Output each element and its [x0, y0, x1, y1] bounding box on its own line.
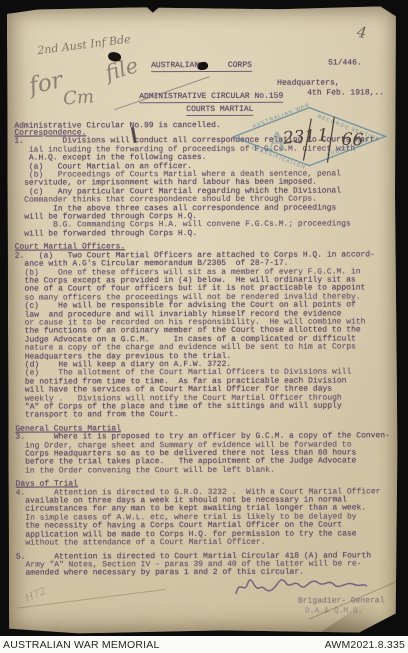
document-line: ing Order, charge sheet and Summary of e… [15, 441, 389, 451]
handwritten-bottom-mark: H72 [24, 586, 48, 604]
document-line: B.G. Commanding Corps H.A. will convene … [15, 221, 389, 231]
scanned-document-page: 2nd Aust Inf Bde for Cm file 4 H72 AUSTR… [7, 6, 398, 633]
document-line: 4. Attention is directed to G.R.O. 3232 … [16, 488, 390, 498]
document-line: nature a copy of the charge and evidence… [15, 344, 389, 354]
screenshot-root: { "header": { "unit_title": "AUSTRALIAN … [0, 0, 408, 653]
stamp-handwritten-number: 1 [317, 126, 328, 146]
signature-stroke [236, 579, 367, 593]
reference-number: 51/446. [328, 58, 362, 67]
handwritten-page-number: 4 [356, 23, 368, 42]
document-line: Army "A" Notes, Section IV - paras 39 an… [16, 560, 390, 570]
document-line: (b) Proceedings of Courts Martial where … [14, 170, 388, 180]
document-line: (e) The allotment of the Court Martial O… [15, 369, 389, 379]
archive-footer-bar: AUSTRALIAN WAR MEMORIAL AWM2021.8.335 [0, 636, 408, 653]
document-line: In simple cases of A.W.L. etc, where tri… [16, 513, 390, 523]
handwritten-for-annotation: for [27, 67, 65, 99]
document-line: or cause it to be recorded on his respon… [15, 318, 389, 328]
signatory-rank: Brigadier- General [298, 596, 384, 605]
document-line: Commander thinks that correspondence sho… [15, 196, 389, 206]
stamp-handwritten-number: 66 [341, 130, 364, 151]
document-title: AUSTRALIAN CORPS [151, 61, 252, 72]
stamp-handwritten-number: 231 [281, 126, 316, 148]
archive-item-id: AWM2021.8.335 [322, 639, 408, 651]
document-line: without the attendance of a Court Martia… [16, 538, 390, 548]
document-body: Correspondence.1. Divisions will conduct… [14, 128, 390, 578]
signature-handwriting [234, 569, 369, 599]
document-line: in the Order convening the Court will be… [16, 466, 390, 476]
document-line: so many officers the proceedings will no… [15, 293, 389, 303]
document-line: weekly . Divisions will notify the Court… [15, 394, 389, 404]
archive-name-label: AUSTRALIAN WAR MEMORIAL [0, 639, 162, 651]
location-line: Headquarters, [277, 79, 339, 88]
signatory-appointment: D.A.& Q.M.G. [305, 606, 363, 615]
war-records-classification-stamp: AUSTRALIAN WAR RECORDS SECTION CLASSIFIC… [231, 104, 387, 169]
handwritten-initials-annotation: Cm [62, 86, 94, 109]
document-date: 4th Feb. 1918,.. [307, 88, 384, 97]
document-line: (b) One of these officers will sit as a … [15, 268, 389, 278]
circular-title: ADMINISTRATIVE CIRCULAR No.159 [139, 92, 283, 104]
